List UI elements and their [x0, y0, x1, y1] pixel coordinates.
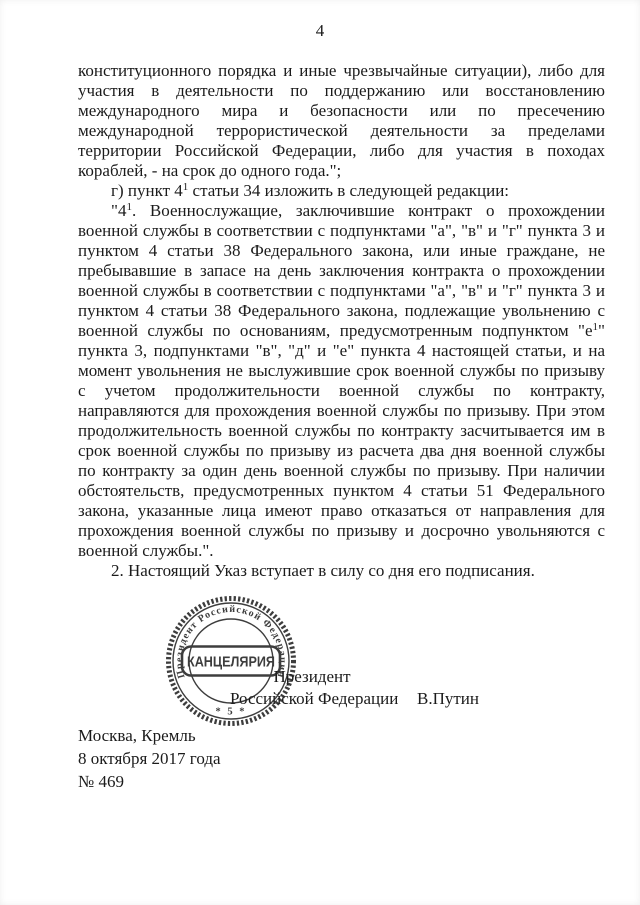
body-paragraph: конституционного порядка и иные чрезвыча…: [78, 61, 605, 181]
footer-place: Москва, Кремль: [78, 724, 221, 747]
stamp-center-text: КАНЦЕЛЯРИЯ: [187, 655, 275, 671]
body-paragraph: 2. Настоящий Указ вступает в силу со дня…: [78, 561, 605, 581]
footer-block: Москва, Кремль 8 октября 2017 года № 469: [78, 724, 221, 793]
footer-number: № 469: [78, 770, 221, 793]
superscript: 1: [126, 201, 132, 213]
signature-name: В.Путин: [417, 689, 479, 709]
decree-page: 4 конституционного порядка и иные чрезвы…: [0, 0, 640, 905]
body-paragraph: г) пункт 41 статьи 34 изложить в следующ…: [78, 181, 605, 201]
chancellery-stamp-icon: Президент Российской Федерации * 5 * КАН…: [156, 586, 306, 736]
decree-body: конституционного порядка и иные чрезвыча…: [78, 61, 605, 581]
page-number: 4: [0, 21, 640, 41]
superscript: 1: [183, 181, 189, 193]
footer-date: 8 октября 2017 года: [78, 747, 221, 770]
stamp-bottom-text: * 5 *: [216, 707, 247, 718]
body-paragraph: "41. Военнослужащие, заключившие контрак…: [78, 201, 605, 561]
superscript: 1: [593, 321, 599, 333]
